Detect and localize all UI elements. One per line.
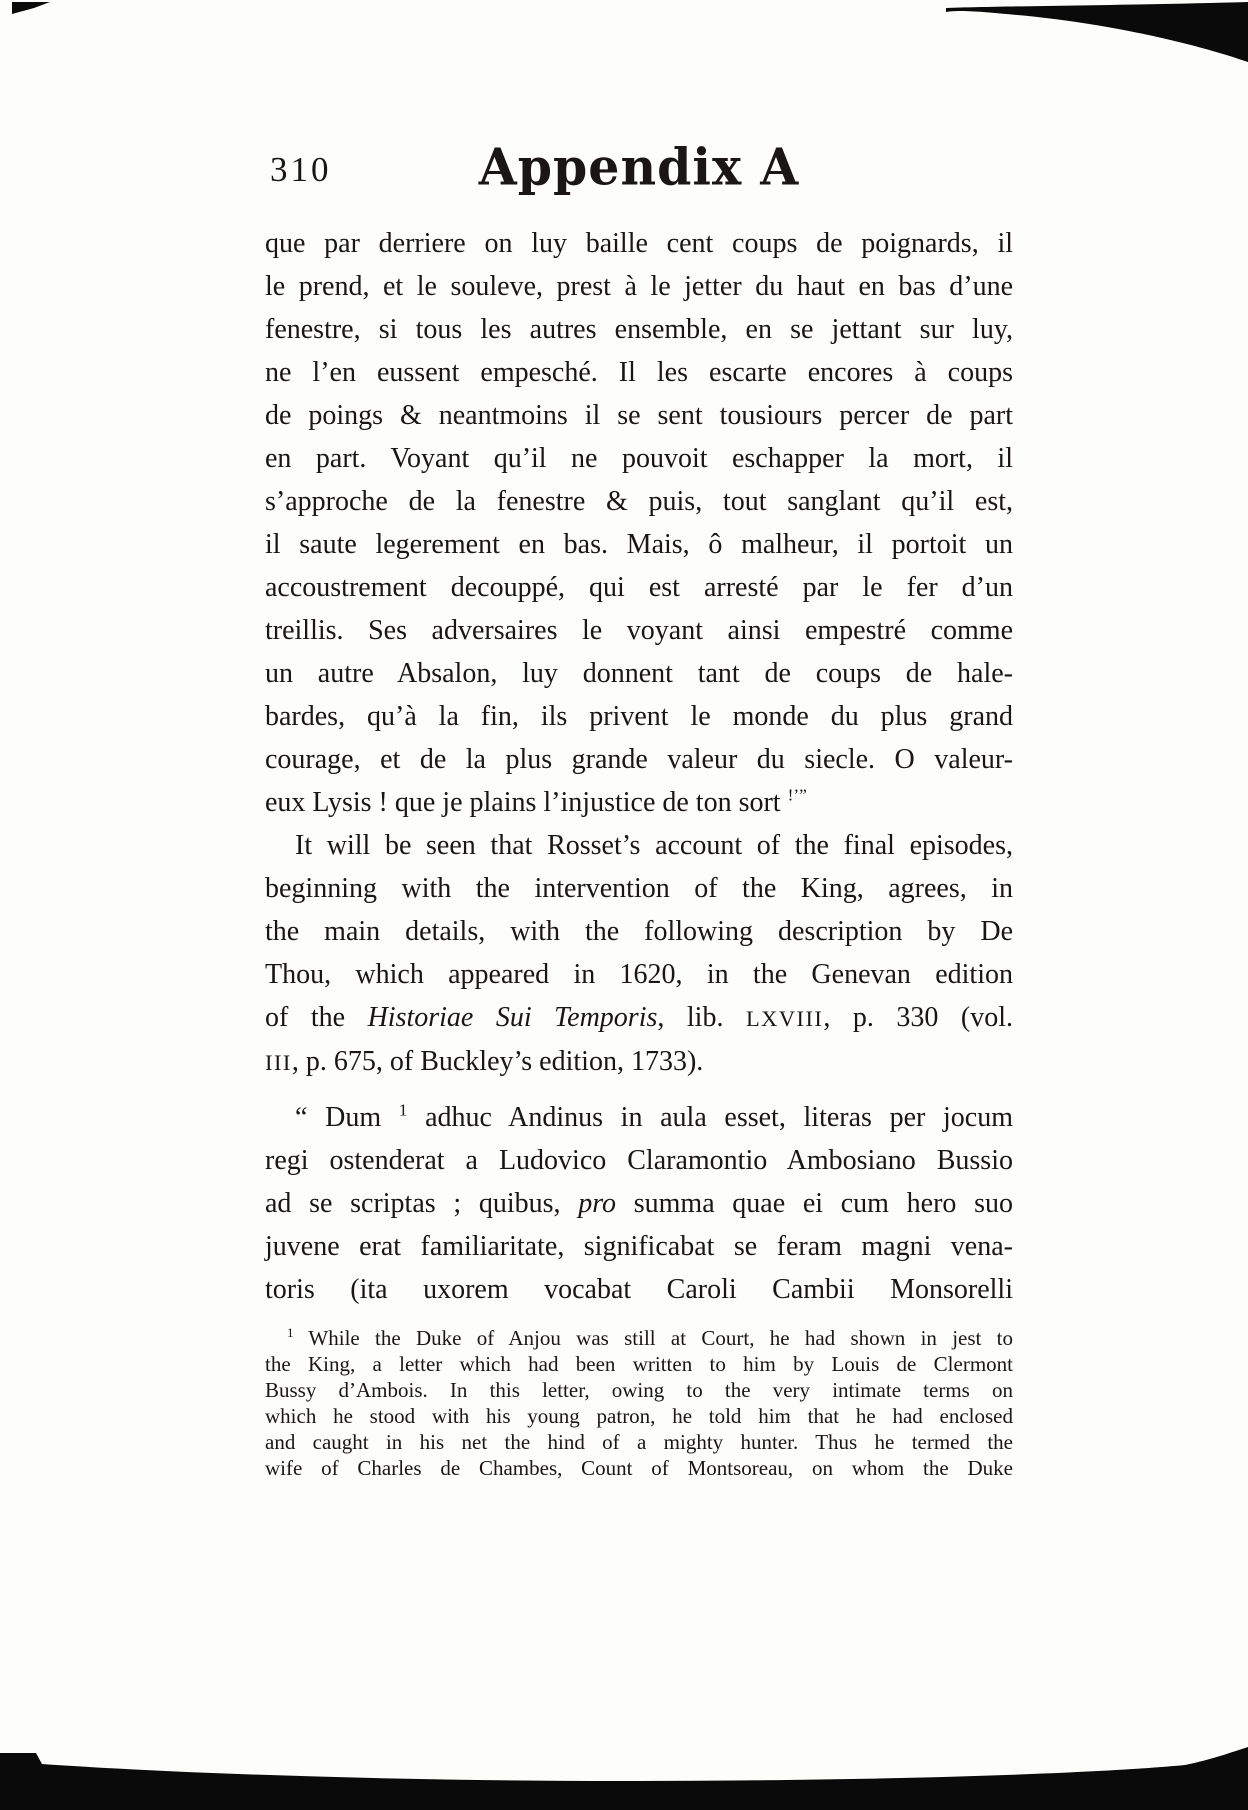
paragraph-english-commentary: It will be seen that Rosset’s account of… <box>265 824 1013 1084</box>
text-line: le prend, et le souleve, prest à le jett… <box>265 265 1013 308</box>
text-line: treillis. Ses adversaires le voyant ains… <box>265 609 1013 652</box>
text-line: s’approche de la fenestre & puis, tout s… <box>265 480 1013 523</box>
text-line: regi ostenderat a Ludovico Claramontio A… <box>265 1139 1013 1182</box>
smallcaps-text: III <box>265 1050 292 1075</box>
text-line: Bussy d’Ambois. In this letter, owing to… <box>265 1377 1013 1403</box>
text-line: que par derriere on luy baille cent coup… <box>265 222 1013 265</box>
text-line: eux Lysis ! que je plains l’injustice de… <box>265 781 1013 824</box>
italic-text: Historiae Sui Temporis <box>368 1002 658 1033</box>
superscript-text: 1 <box>287 1325 294 1340</box>
superscript-text: 1 <box>399 1101 408 1120</box>
text-line: wife of Charles de Chambes, Count of Mon… <box>265 1455 1013 1481</box>
text-line: fenestre, si tous les autres ensemble, e… <box>265 308 1013 351</box>
text-line: which he stood with his young patron, he… <box>265 1403 1013 1429</box>
text-line: ad se scriptas ; quibus, pro summa quae … <box>265 1182 1013 1225</box>
text-line: It will be seen that Rosset’s account of… <box>265 824 1013 867</box>
scan-shadow-top-right <box>946 0 1248 70</box>
footnote: 1 While the Duke of Anjou was still at C… <box>265 1325 1013 1481</box>
text-line: “ Dum 1 adhuc Andinus in aula esset, lit… <box>265 1096 1013 1139</box>
page-header: 310 Appendix A <box>265 138 1013 202</box>
text-line: beginning with the intervention of the K… <box>265 867 1013 910</box>
paragraph-french-quotation: que par derriere on luy baille cent coup… <box>265 222 1013 824</box>
text-line: courage, et de la plus grande valeur du … <box>265 738 1013 781</box>
text-line: III, p. 675, of Buckley’s edition, 1733)… <box>265 1040 1013 1084</box>
text-line: and caught in his net the hind of a migh… <box>265 1429 1013 1455</box>
text-line: 1 While the Duke of Anjou was still at C… <box>265 1325 1013 1351</box>
text-block: que par derriere on luy baille cent coup… <box>265 222 1013 1481</box>
scan-mark-top-left <box>10 0 55 18</box>
text-line: the King, a letter which had been writte… <box>265 1351 1013 1377</box>
superscript-text: !’” <box>788 786 807 805</box>
smallcaps-text: LXVIII <box>746 1006 823 1031</box>
text-line: en part. Voyant qu’il ne pouvoit eschapp… <box>265 437 1013 480</box>
text-line: the main details, with the following des… <box>265 910 1013 953</box>
text-line: of the Historiae Sui Temporis, lib. LXVI… <box>265 996 1013 1040</box>
text-line: un autre Absalon, luy donnent tant de co… <box>265 652 1013 695</box>
page-header-title: Appendix A <box>265 137 1013 197</box>
text-line: bardes, qu’à la fin, ils privent le mond… <box>265 695 1013 738</box>
text-line: il saute legerement en bas. Mais, ô malh… <box>265 523 1013 566</box>
scan-shadow-bottom <box>0 1740 1248 1810</box>
text-line: ne l’en eussent empesché. Il les escarte… <box>265 351 1013 394</box>
paragraph-latin-quotation: “ Dum 1 adhuc Andinus in aula esset, lit… <box>265 1096 1013 1311</box>
italic-text: pro <box>578 1188 616 1219</box>
book-page: 310 Appendix A que par derriere on luy b… <box>0 0 1248 1810</box>
text-line: accoustrement decouppé, qui est arresté … <box>265 566 1013 609</box>
text-line: juvene erat familiaritate, significabat … <box>265 1225 1013 1268</box>
text-line: Thou, which appeared in 1620, in the Gen… <box>265 953 1013 996</box>
text-line: toris (ita uxorem vocabat Caroli Cambii … <box>265 1268 1013 1311</box>
text-line: de poings & neantmoins il se sent tousio… <box>265 394 1013 437</box>
